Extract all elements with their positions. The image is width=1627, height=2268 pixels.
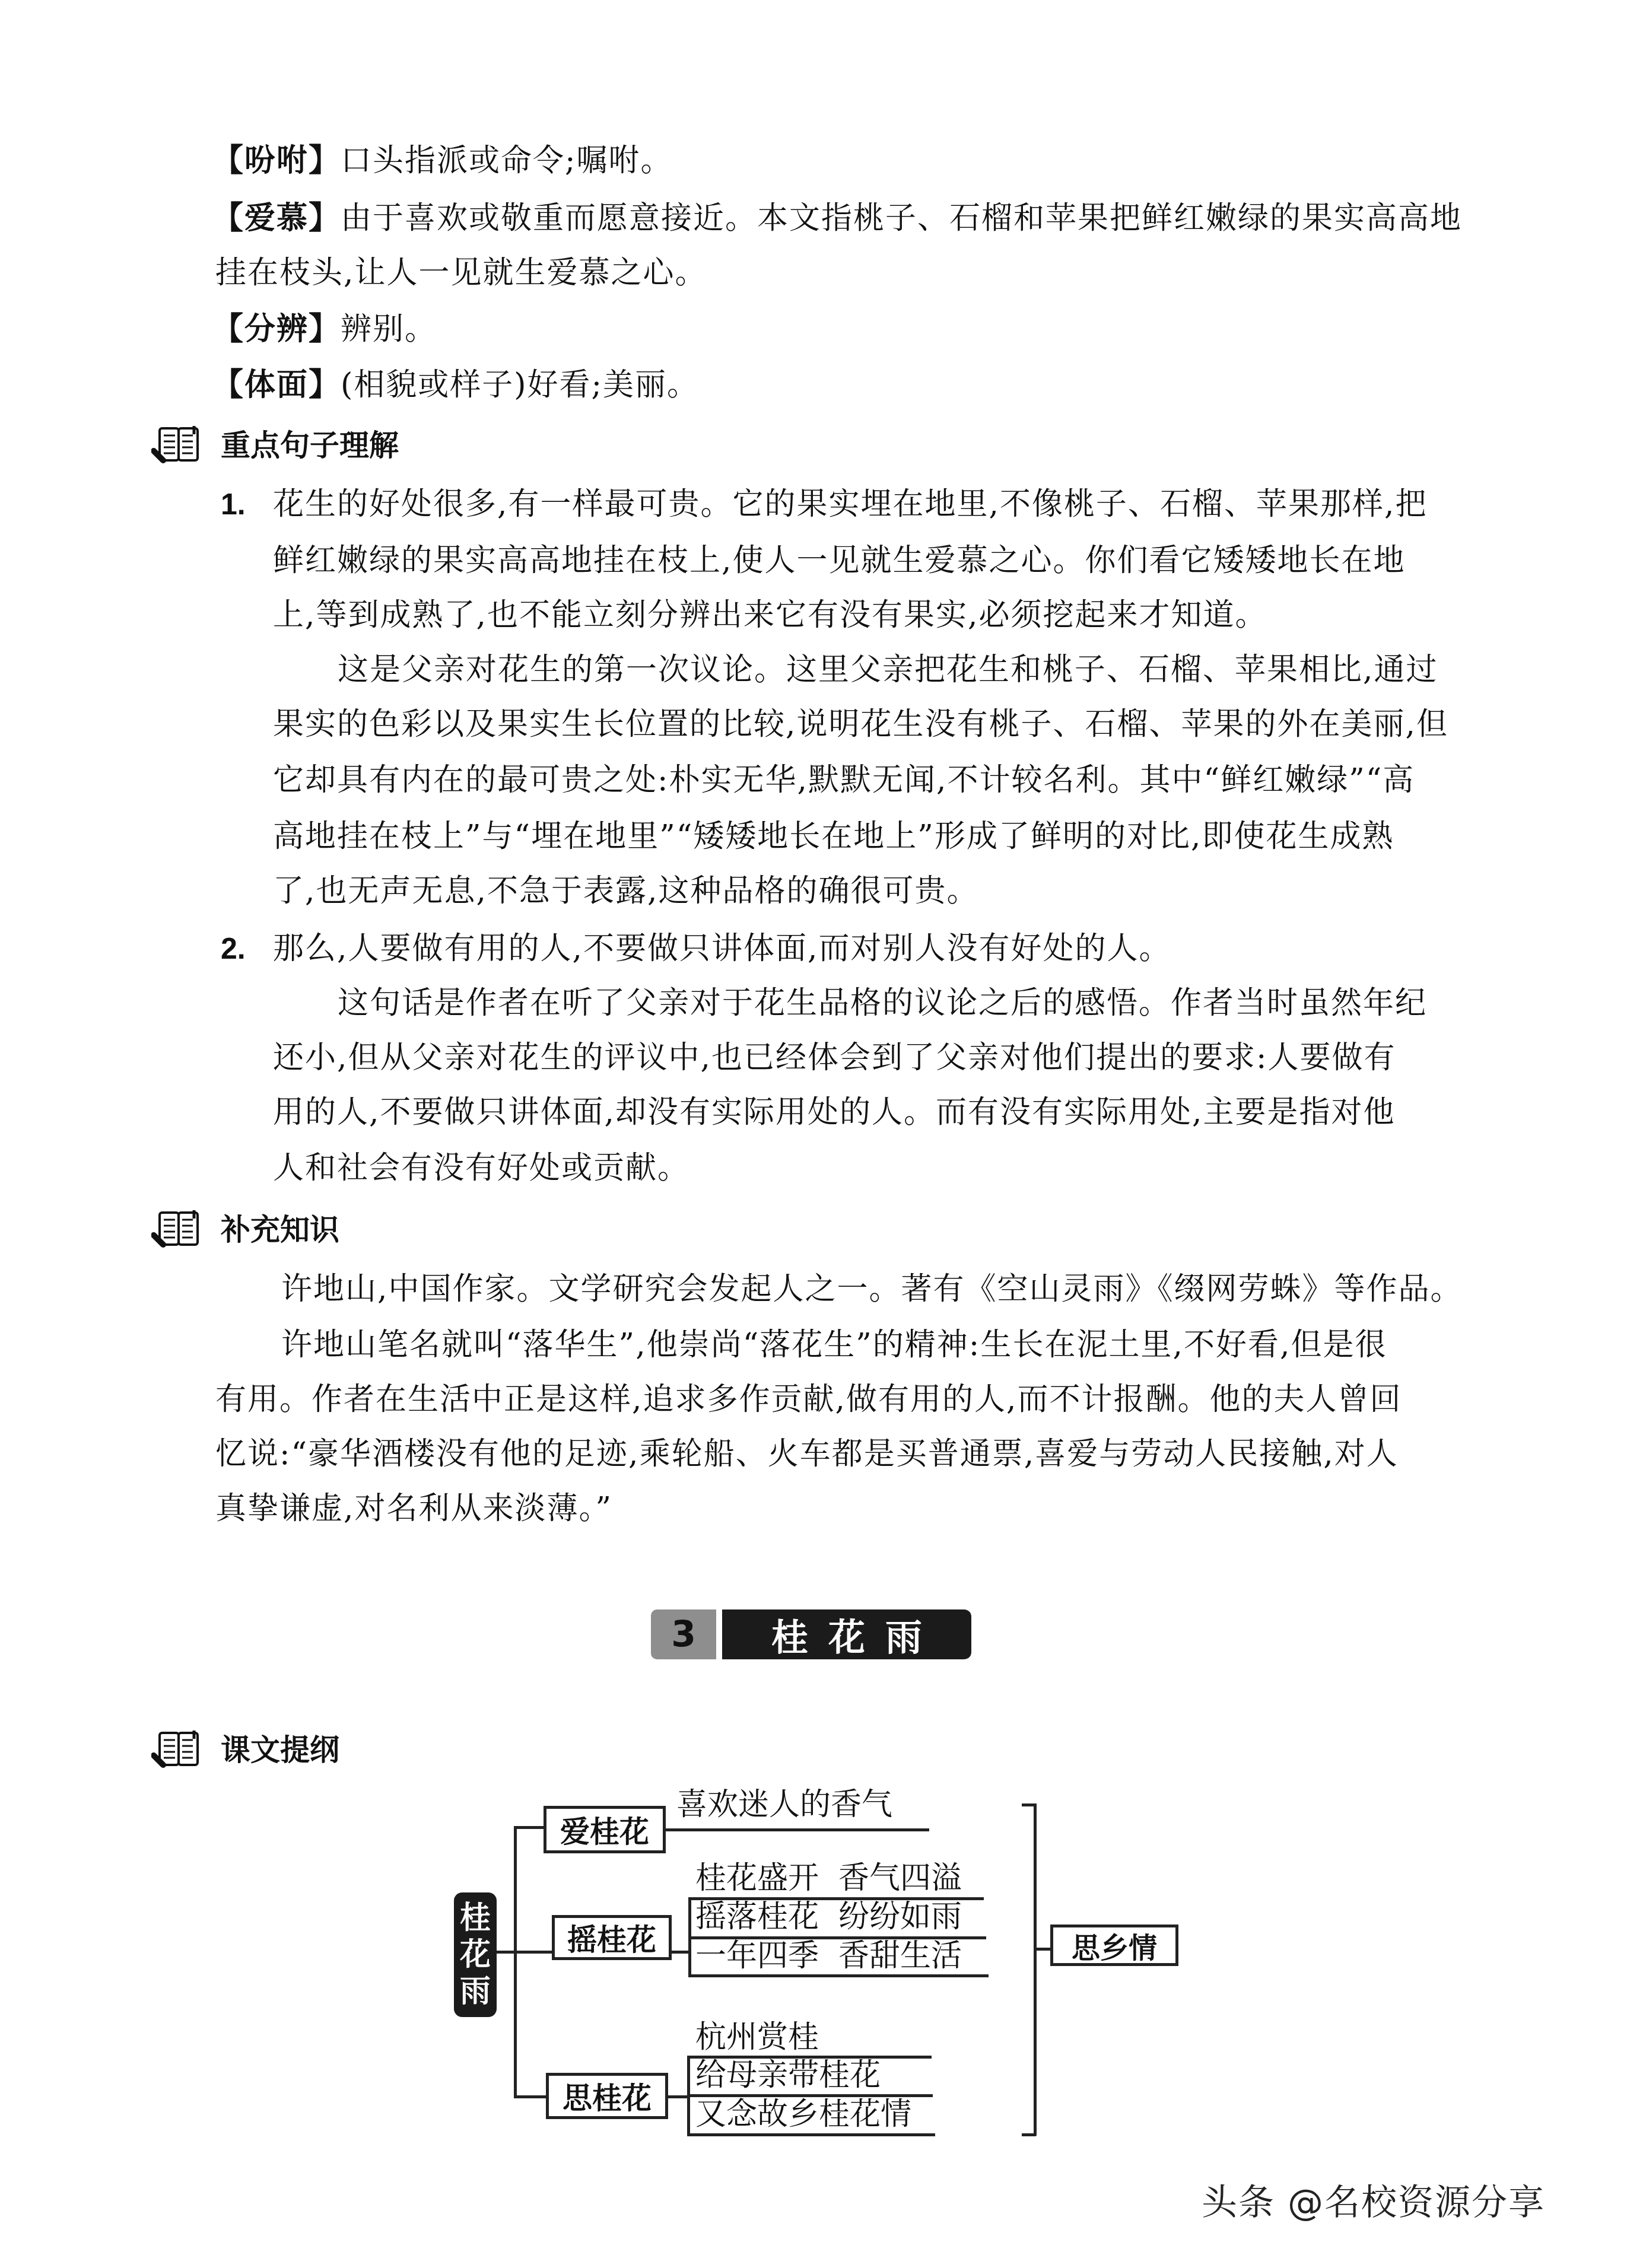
definition-text: (相貌或样子)好看;美丽。 <box>341 367 699 403</box>
section-heading-key-sentences: 重点句子理解 <box>221 428 399 463</box>
leaf-text: 给母亲带桂花 <box>695 2057 881 2093</box>
connector-line <box>514 1951 553 1954</box>
definition-text: 口头指派或命令;嘱咐。 <box>341 143 673 179</box>
root-char: 桂 <box>460 1900 491 1936</box>
root-char: 雨 <box>460 1973 491 2010</box>
supplement-line: 许地山,中国作家。文学研究会发起人之一。著有《空山灵雨》《缀网劳蛛》等作品。 <box>281 1271 1463 1307</box>
connector-line <box>667 2095 688 2098</box>
leaf-underline <box>687 2133 935 2136</box>
quote-line: 花生的好处很多,有一样最可贵。它的果实埋在地里,不像桃子、石榴、苹果那样,把 <box>273 486 1428 522</box>
item-number: 1. <box>221 486 246 522</box>
analysis-line: 果实的色彩以及果实生长位置的比较,说明花生没有桃子、石榴、苹果的外在美丽,但 <box>273 707 1448 742</box>
leaf-text: 一年四季 香甜生活 <box>695 1938 962 1974</box>
leaf-text: 又念故乡桂花情 <box>695 2097 911 2132</box>
leaf-text: 摇落桂花 纷纷如雨 <box>695 1899 962 1935</box>
root-char: 花 <box>460 1936 491 1973</box>
spine-line <box>514 1826 517 2097</box>
definition-term: 【吩咐】 <box>212 143 341 179</box>
connector-line <box>514 1826 545 1829</box>
definition-fenfu: 【吩咐】口头指派或命令;嘱咐。 <box>212 143 673 179</box>
analysis-line: 这句话是作者在听了父亲对于花生品格的议论之后的感悟。作者当时虽然年纪 <box>338 985 1427 1021</box>
leaf-text: 桂花盛开 香气四溢 <box>695 1860 962 1896</box>
definition-text: 辨别。 <box>341 311 437 347</box>
book-pencil-icon <box>151 1210 205 1248</box>
branch-box-yao: 摇桂花 <box>552 1915 672 1960</box>
supplement-line: 许地山笔名就叫“落华生”,他崇尚“落花生”的精神:生长在泥土里,不好看,但是很 <box>281 1327 1387 1363</box>
analysis-line: 了,也无声无息,不急于表露,这种品格的确很可贵。 <box>273 873 979 909</box>
quote-line: 鲜红嫩绿的果实高高地挂在枝上,使人一见就生爱慕之心。你们看它矮矮地长在地 <box>273 543 1406 578</box>
supplement-line: 有用。作者在生活中正是这样,追求多作贡献,做有用的人,而不计报酬。他的夫人曾回 <box>215 1382 1402 1417</box>
analysis-line: 人和社会有没有好处或贡献。 <box>273 1150 689 1186</box>
lesson-number: 3 <box>651 1609 716 1659</box>
quote-line: 上,等到成熟了,也不能立刻分辨出来它有没有果实,必须挖起来才知道。 <box>273 597 1267 633</box>
conclusion-box: 思乡情 <box>1050 1925 1178 1966</box>
analysis-line: 高地挂在枝上”与“埋在地里”“矮矮地长在地上”形成了鲜明的对比,即使花生成熟 <box>273 819 1394 854</box>
leaf-text: 杭州赏桂 <box>695 2019 819 2055</box>
quote-line: 那么,人要做有用的人,不要做只讲体面,而对别人没有好处的人。 <box>273 931 1171 966</box>
lesson-title: 桂花雨 <box>722 1609 971 1659</box>
branch-box-ai: 爱桂花 <box>544 1806 666 1853</box>
definition-term: 【分辨】 <box>212 311 341 347</box>
lesson-title-banner: 3 桂花雨 <box>651 1609 971 1659</box>
definition-timian: 【体面】(相貌或样子)好看;美丽。 <box>212 367 699 403</box>
watermark: 头条 @名校资源分享 <box>1202 2174 1545 2225</box>
analysis-line: 用的人,不要做只讲体面,却没有实际用处的人。而有没有实际用处,主要是指对他 <box>273 1095 1396 1130</box>
supplement-line: 真挚谦虚,对名利从来淡薄。” <box>215 1491 612 1526</box>
connector-line <box>665 1828 929 1831</box>
section-heading-supplement: 补充知识 <box>221 1212 339 1248</box>
item-number: 2. <box>221 931 246 966</box>
branch-box-si: 思桂花 <box>546 2073 668 2119</box>
connector-line <box>514 2095 547 2098</box>
bracket-line <box>1034 1803 1037 2136</box>
definition-fenbian: 【分辨】辨别。 <box>212 311 437 347</box>
leaf-text: 喜欢迷人的香气 <box>676 1787 892 1822</box>
analysis-line: 这是父亲对花生的第一次议论。这里父亲把花生和桃子、石榴、苹果相比,通过 <box>338 652 1438 688</box>
diagram-root: 桂 花 雨 <box>454 1892 497 2017</box>
book-pencil-icon <box>151 1731 205 1768</box>
definition-term: 【爱慕】 <box>212 201 341 236</box>
definition-aimu: 【爱慕】由于喜欢或敬重而愿意接近。本文指桃子、石榴和苹果把鲜红嫩绿的果实高高地 <box>212 201 1462 236</box>
section-heading-outline: 课文提纲 <box>221 1732 339 1768</box>
supplement-line: 忆说:“豪华酒楼没有他的足迹,乘轮船、火车都是买普通票,喜爱与劳动人民接触,对人 <box>215 1436 1399 1472</box>
definition-text: 由于喜欢或敬重而愿意接近。本文指桃子、石榴和苹果把鲜红嫩绿的果实高高地 <box>341 201 1462 236</box>
analysis-line: 还小,但从父亲对花生的评议中,也已经体会到了父亲对他们提出的要求:人要做有 <box>273 1040 1396 1076</box>
book-pencil-icon <box>151 426 205 464</box>
definition-term: 【体面】 <box>212 367 341 403</box>
definition-aimu-continued: 挂在枝头,让人一见就生爱慕之心。 <box>215 255 707 291</box>
bracket-line <box>1022 2133 1036 2136</box>
analysis-line: 它却具有内在的最可贵之处:朴实无华,默默无闻,不计较名利。其中“鲜红嫩绿”“高 <box>273 762 1415 798</box>
connector-line <box>1035 1948 1051 1951</box>
leaf-underline <box>688 1974 989 1977</box>
connector-line <box>670 1951 689 1954</box>
